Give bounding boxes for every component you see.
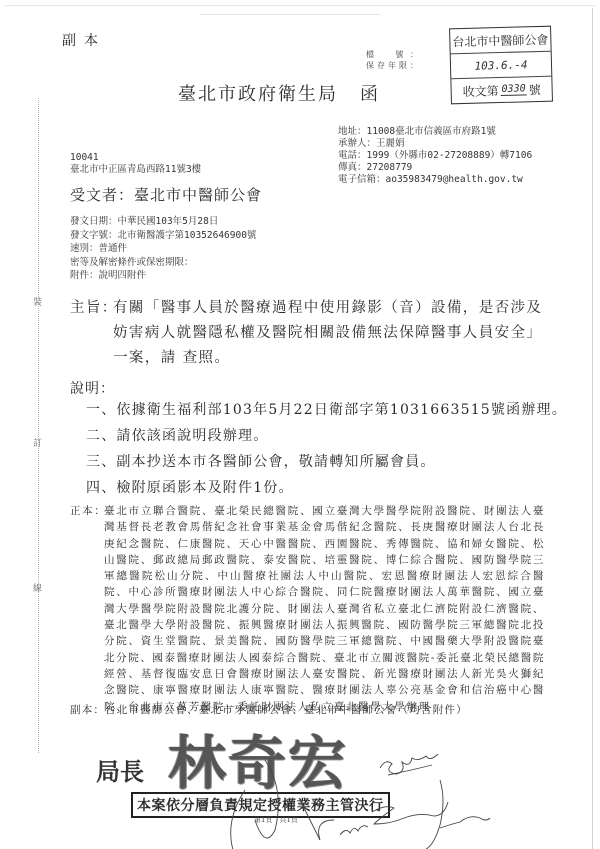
binding-mark-zhuang: 裝 <box>33 295 42 308</box>
stamp-receipt-prefix: 收文第 <box>462 82 498 100</box>
binding-mark-xian: 線 <box>33 581 42 594</box>
signature-scribble-3 <box>426 780 490 849</box>
stamp-date-row: 103.6.-4 <box>451 52 552 80</box>
recipient-address: 臺北市中正區青島西路11號3樓 <box>70 164 201 176</box>
explanation-item: 四、檢附原函影本及附件1份。 <box>86 475 567 501</box>
director-title: 局長 <box>96 752 144 787</box>
cc-text: 台北市醫師公會、臺北市牙醫師公會、臺北市中醫師公會（均含附件） <box>105 704 468 716</box>
distribution-section: 正本： 臺北市立聯合醫院、臺北榮民總醫院、國立臺灣大學醫學院附設醫院、財團法人臺… <box>70 503 545 715</box>
cc-section: 副本：台北市醫師公會、臺北市牙醫師公會、臺北市中醫師公會（均含附件） <box>70 702 468 717</box>
sender-phone: 電話：1999（外縣市02-27208889）轉7106 <box>338 150 532 162</box>
recipient-postal-code: 10041 <box>70 152 201 164</box>
stamp-org: 台北市中醫師公會 <box>450 27 551 55</box>
sender-address: 地址：11008臺北市信義區市府路1號 <box>338 126 532 138</box>
attachments: 附件：說明四附件 <box>70 269 256 283</box>
stamp-receipt-suffix: 號 <box>528 80 540 97</box>
binding-line <box>38 98 39 753</box>
signature-scribble-2 <box>340 826 368 835</box>
binding-mark-ding: 訂 <box>33 436 42 449</box>
stamp-receipt-number: 0330 <box>500 83 526 96</box>
explanation-list: 一、依據衛生福利部103年5月22日衛部字第1031663515號函辦理。 二、… <box>86 397 567 501</box>
issuing-agency: 臺北市政府衛生局 <box>178 84 338 105</box>
explanation-label: 說明： <box>70 378 115 398</box>
explanation-item: 二、請依該函說明段辦理。 <box>86 423 567 449</box>
urgency: 速別：普通件 <box>70 242 256 256</box>
retention-label: 保存年限： <box>366 60 418 71</box>
explanation-item: 三、副本抄送本市各醫師公會，敬請轉知所屬會員。 <box>86 449 567 475</box>
page-right-edge <box>592 8 593 849</box>
archive-labels: 檔 號： 保存年限： <box>366 49 418 71</box>
sender-email: 電子信箱：ao35983479@health.gov.tw <box>338 174 532 186</box>
page-number: 第1頁 共1頁 <box>254 815 298 825</box>
sender-contact: 承辦人：王麗娟 <box>338 138 532 150</box>
page-top-edge <box>5 5 595 6</box>
document-type: 函 <box>360 84 380 105</box>
document-number: 發文字號：北市衛醫護字第10352646900號 <box>70 229 256 243</box>
confidentiality: 密等及解密條件或保密期限： <box>70 256 256 270</box>
stamp-receipt-row: 收文第 0330 號 <box>451 77 552 104</box>
subject-section: 主旨： 有關「醫事人員於醫療過程中使用錄影（音）設備，是否涉及妨害病人就醫隱私權… <box>70 296 550 371</box>
scan-artifact-line <box>200 14 380 15</box>
distribution-label: 正本： <box>70 503 106 519</box>
subject-label: 主旨： <box>70 296 118 321</box>
issue-date: 發文日期：中華民國103年5月28日 <box>70 215 256 229</box>
subject-text: 有關「醫事人員於醫療過程中使用錄影（音）設備，是否涉及妨害病人就醫隱私權及醫院相… <box>113 296 550 371</box>
cc-label: 副本： <box>70 704 105 716</box>
document-title: 臺北市政府衛生局函 <box>178 80 380 106</box>
signature-scribble-1 <box>380 754 438 774</box>
explanation-item: 一、依據衛生福利部103年5月22日衛部字第1031663515號函辦理。 <box>86 397 567 423</box>
recipient-label: 受文者：臺北市中醫師公會 <box>70 184 262 205</box>
director-name-seal: 林奇宏 <box>168 716 348 800</box>
recipient-address-block: 10041 臺北市中正區青島西路11號3樓 <box>70 152 201 176</box>
file-number-label: 檔 號： <box>366 49 418 60</box>
distribution-text: 臺北市立聯合醫院、臺北榮民總醫院、國立臺灣大學醫學院附設醫院、財團法人臺灣基督長… <box>104 503 545 715</box>
copy-mark: 副本 <box>62 30 106 50</box>
sender-info: 地址：11008臺北市信義區市府路1號 承辦人：王麗娟 電話：1999（外縣市0… <box>338 126 532 186</box>
receipt-stamp: 台北市中醫師公會 103.6.-4 收文第 0330 號 <box>449 26 553 105</box>
sender-fax: 傳真：27208779 <box>338 162 532 174</box>
stamp-date: 103.6.-4 <box>474 58 527 72</box>
document-metadata: 發文日期：中華民國103年5月28日 發文字號：北市衛醫護字第103526469… <box>70 215 256 283</box>
